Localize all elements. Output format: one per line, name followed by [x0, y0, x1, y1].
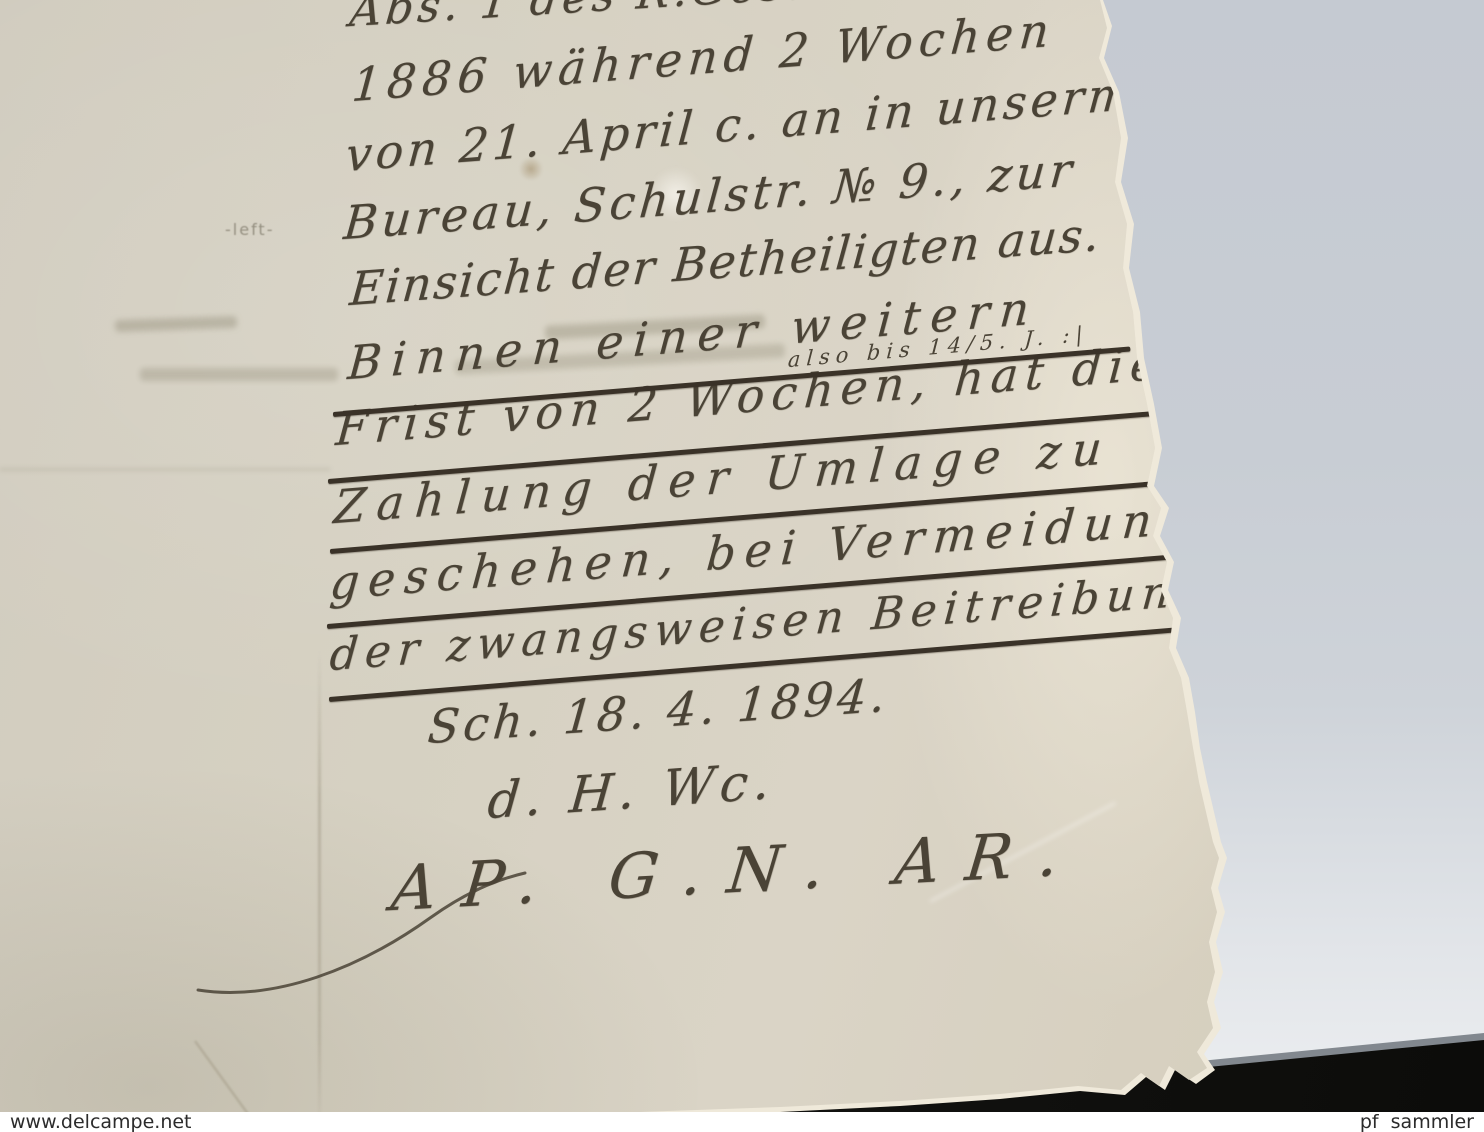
- document-paper: -left- Abs. 1 des R.Ges. vom 1886 währen…: [0, 0, 1240, 1132]
- initials: d. H. Wc.: [485, 752, 778, 831]
- watermark-delcampe: www.delcampe.net: [10, 1112, 192, 1132]
- paper-crease: [0, 468, 330, 471]
- showthrough-fragment: [115, 316, 237, 332]
- dateline: Sch. 18. 4. 1894.: [426, 668, 892, 755]
- showthrough-text: -left-: [225, 220, 274, 239]
- signature: AP. G.N. AR.: [388, 815, 1088, 925]
- photo-scene: -left- Abs. 1 des R.Ges. vom 1886 währen…: [0, 0, 1484, 1132]
- watermark-strip: www.delcampe.net pf sammler: [0, 1112, 1484, 1132]
- showthrough-fragment: [140, 368, 338, 381]
- watermark-pf-sammler: pf sammler: [1360, 1112, 1474, 1132]
- paper-crease: [194, 1040, 251, 1118]
